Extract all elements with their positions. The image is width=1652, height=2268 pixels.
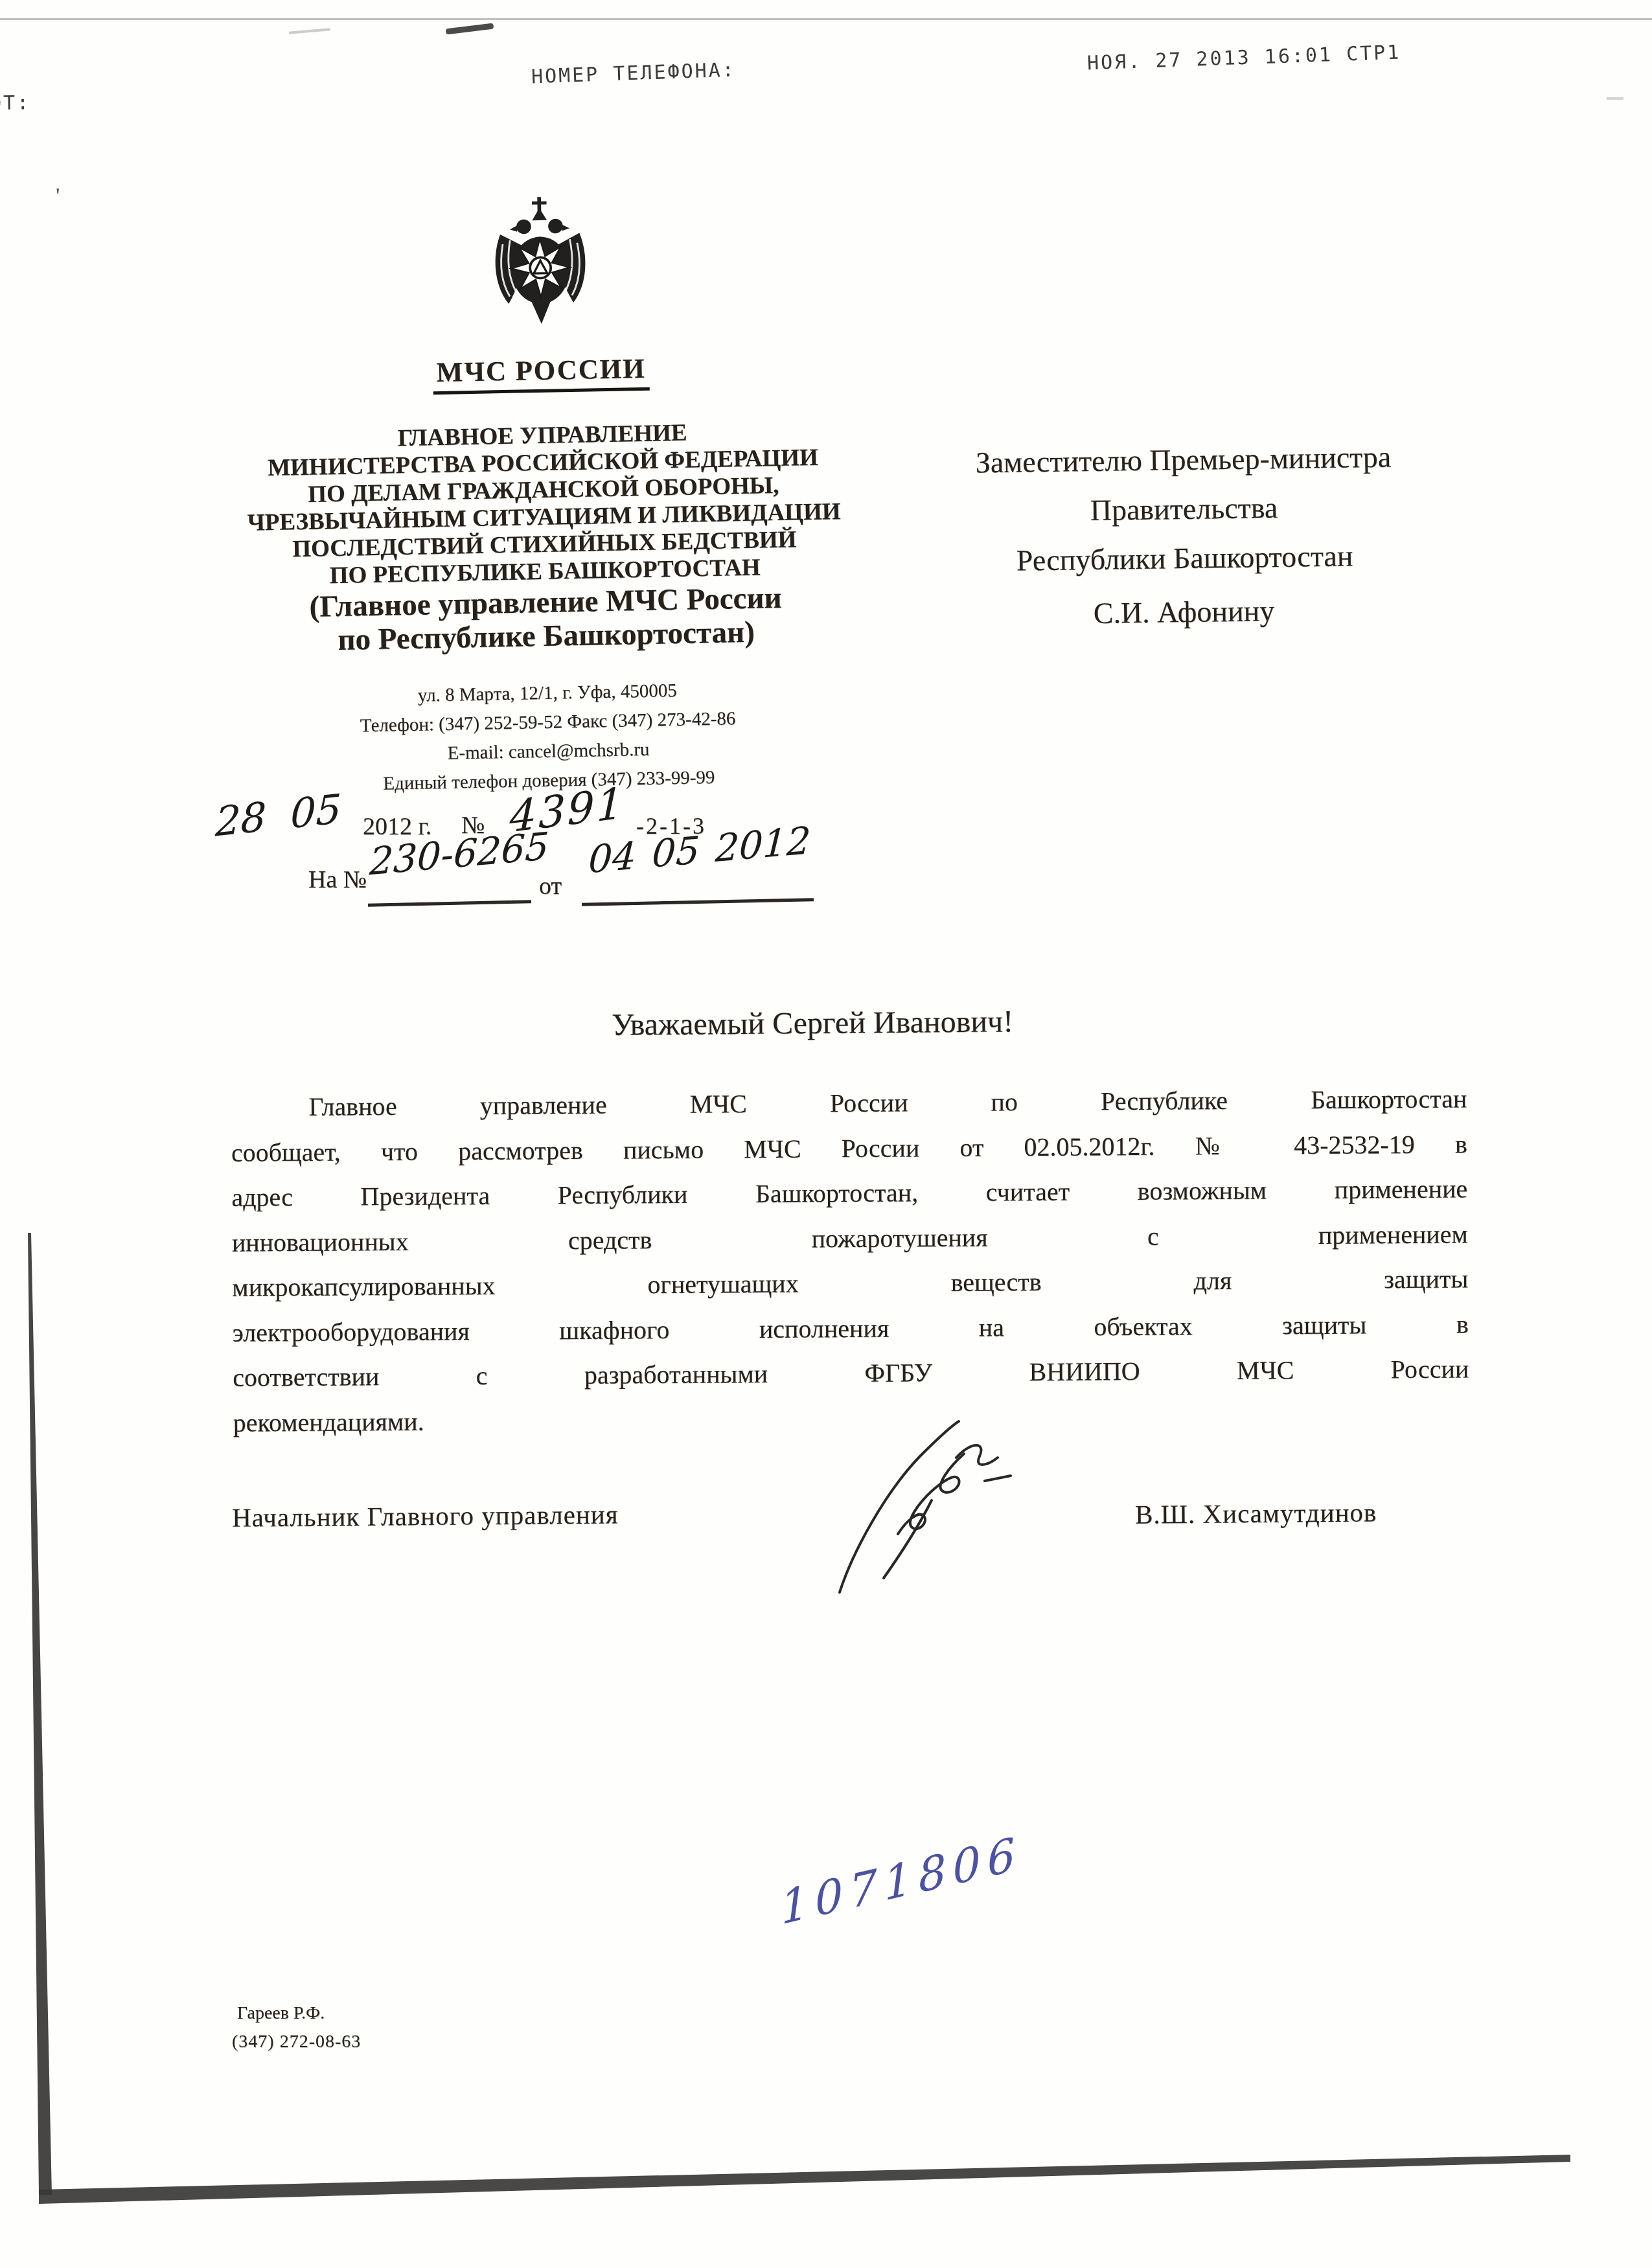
org-short-title: МЧС РОССИИ xyxy=(217,349,866,398)
recipient-name: С.И. Афонину xyxy=(910,591,1458,633)
org-paren-name: (Главное управление МЧС России по Респуб… xyxy=(222,579,871,659)
org-short-title-text: МЧС РОССИИ xyxy=(432,353,650,395)
letter-body: Главное управление МЧС России по Республ… xyxy=(231,1076,1469,1445)
salutation: Уважаемый Сергей Иванович! xyxy=(612,1003,1014,1042)
letterhead: МЧС РОССИИ ГЛАВНОЕ УПРАВЛЕНИЕ МИНИСТЕРСТ… xyxy=(214,188,862,200)
org-contacts: ул. 8 Марта, 12/1, г. Уфа, 450005 Телефо… xyxy=(223,672,873,801)
body-line: Главное управление МЧС России по Республ… xyxy=(231,1076,1467,1130)
mchs-double-headed-eagle-emblem xyxy=(487,193,593,332)
recipient-line: Республики Башкортостан xyxy=(911,530,1459,587)
signer-name: В.Ш. Хисамутдинов xyxy=(1135,1496,1377,1529)
recipient-block: Заместителю Премьер-министра Правительст… xyxy=(909,431,1458,587)
body-line: электрооборудования шкафного исполнения … xyxy=(233,1301,1469,1355)
incoming-from-label: от xyxy=(539,872,562,900)
body-line: микрокапсулированных огнетушащих веществ… xyxy=(232,1256,1468,1310)
fax-from-label: ОТ: xyxy=(0,91,30,115)
fax-phone-label: НОМЕР ТЕЛЕФОНА: xyxy=(531,58,736,88)
body-line: сообщает, что рассмотрев письмо МЧС Росс… xyxy=(231,1121,1467,1175)
executor-phone: (347) 272-08-63 xyxy=(232,2032,361,2052)
incoming-ref-label: На № xyxy=(308,865,367,894)
scan-speck xyxy=(446,23,494,35)
scan-speck: ' xyxy=(56,183,60,210)
scan-speck xyxy=(289,28,330,34)
body-line: инновационных средств пожаротушения с пр… xyxy=(232,1211,1468,1265)
signer-position: Начальник Главного управления xyxy=(232,1498,619,1533)
recipient-line: Заместителю Премьер-министра xyxy=(909,431,1457,488)
executor-name: Гареев Р.Ф. xyxy=(237,2003,325,2024)
fill-in-underline xyxy=(368,900,531,906)
scanned-letter-page: ОТ: НОМЕР ТЕЛЕФОНА: НОЯ. 27 2013 16:01 С… xyxy=(0,0,1652,2268)
body-line: адрес Президента Республики Башкортостан… xyxy=(231,1166,1467,1220)
registration-number-handwritten: 1071806 xyxy=(779,1826,1023,1935)
fill-in-underline xyxy=(582,898,814,906)
body-line: соответствии с разработанными ФГБУ ВНИИП… xyxy=(233,1346,1469,1400)
recipient-line: Правительства xyxy=(910,481,1458,538)
handwritten-signature xyxy=(821,1416,1087,1598)
scan-top-edge-line xyxy=(0,18,1652,20)
fax-timestamp: НОЯ. 27 2013 16:01 СТР1 xyxy=(1087,41,1401,75)
scan-speck xyxy=(1607,97,1623,100)
org-full-name: ГЛАВНОЕ УПРАВЛЕНИЕ МИНИСТЕРСТВА РОССИЙСК… xyxy=(218,416,869,591)
